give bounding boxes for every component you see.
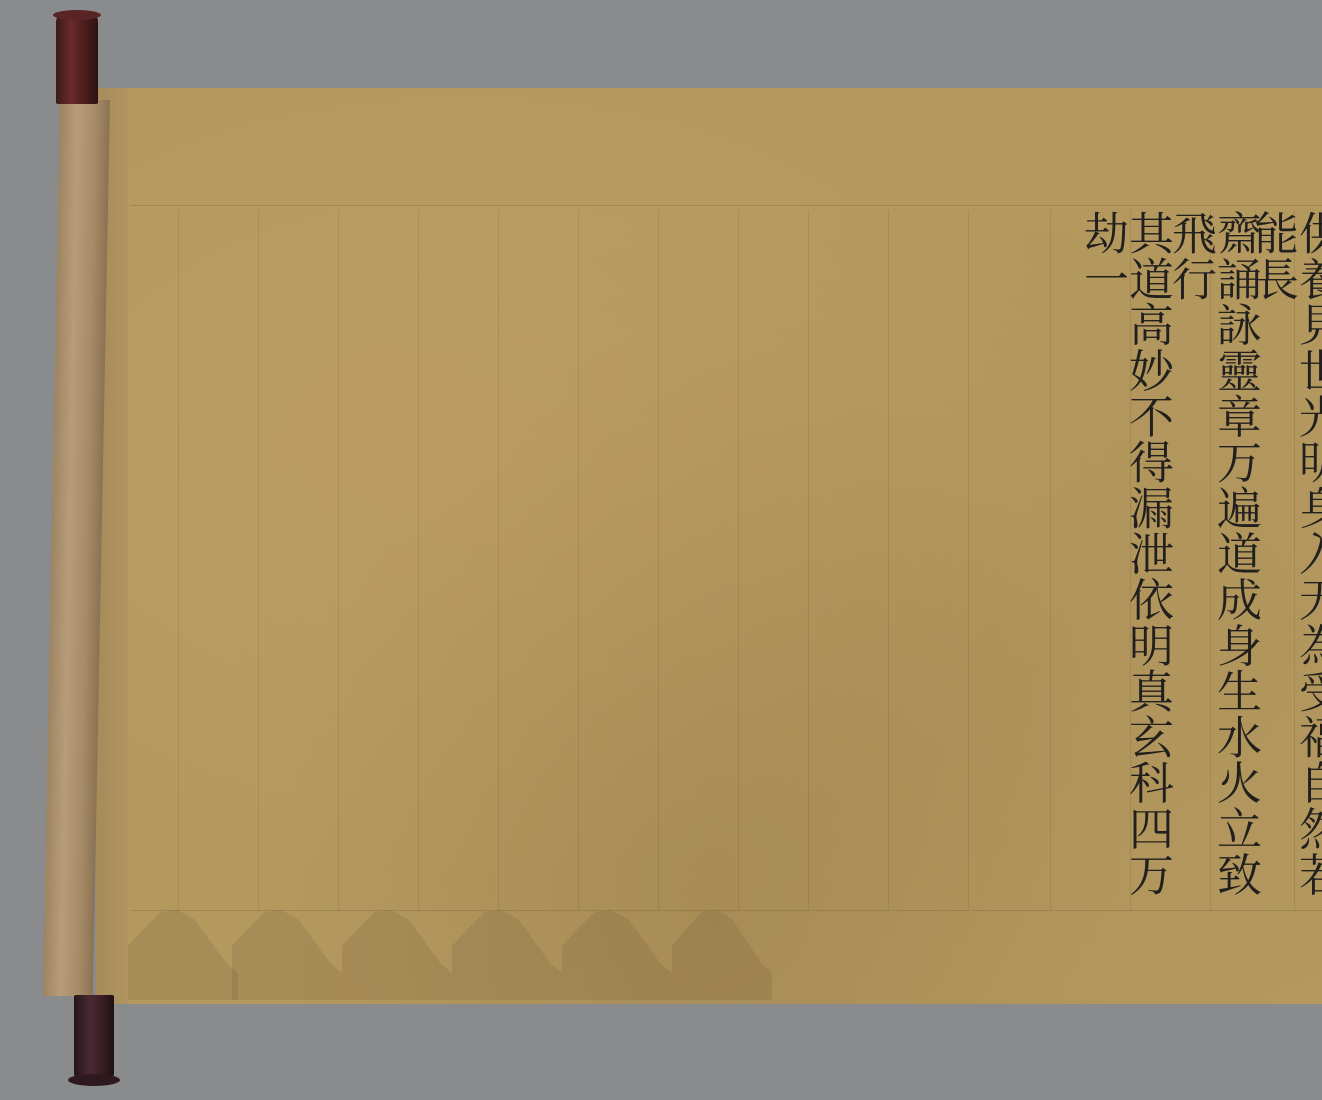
ruling-line bbox=[578, 210, 579, 910]
ruling-line bbox=[1050, 210, 1051, 910]
ruling-line bbox=[258, 210, 259, 910]
roller-knob-top bbox=[56, 12, 98, 104]
text-column-3: 其道高妙不得漏泄依明真玄科四万劫一 bbox=[1080, 210, 1170, 910]
ruling-line bbox=[338, 210, 339, 910]
ruling-line bbox=[808, 210, 809, 910]
ruling-line bbox=[738, 210, 739, 910]
text-column-2: 齋誦詠靈章万遍道成身生水火立致飛行 bbox=[1168, 210, 1258, 910]
top-ruling-line bbox=[130, 205, 1322, 206]
bottom-ruling-line bbox=[130, 910, 1322, 911]
ruling-line bbox=[658, 210, 659, 910]
ruling-line bbox=[418, 210, 419, 910]
ruling-line bbox=[178, 210, 179, 910]
ruling-line bbox=[968, 210, 969, 910]
ruling-line bbox=[498, 210, 499, 910]
roller-knob-bottom bbox=[74, 995, 114, 1083]
ruling-line bbox=[888, 210, 889, 910]
